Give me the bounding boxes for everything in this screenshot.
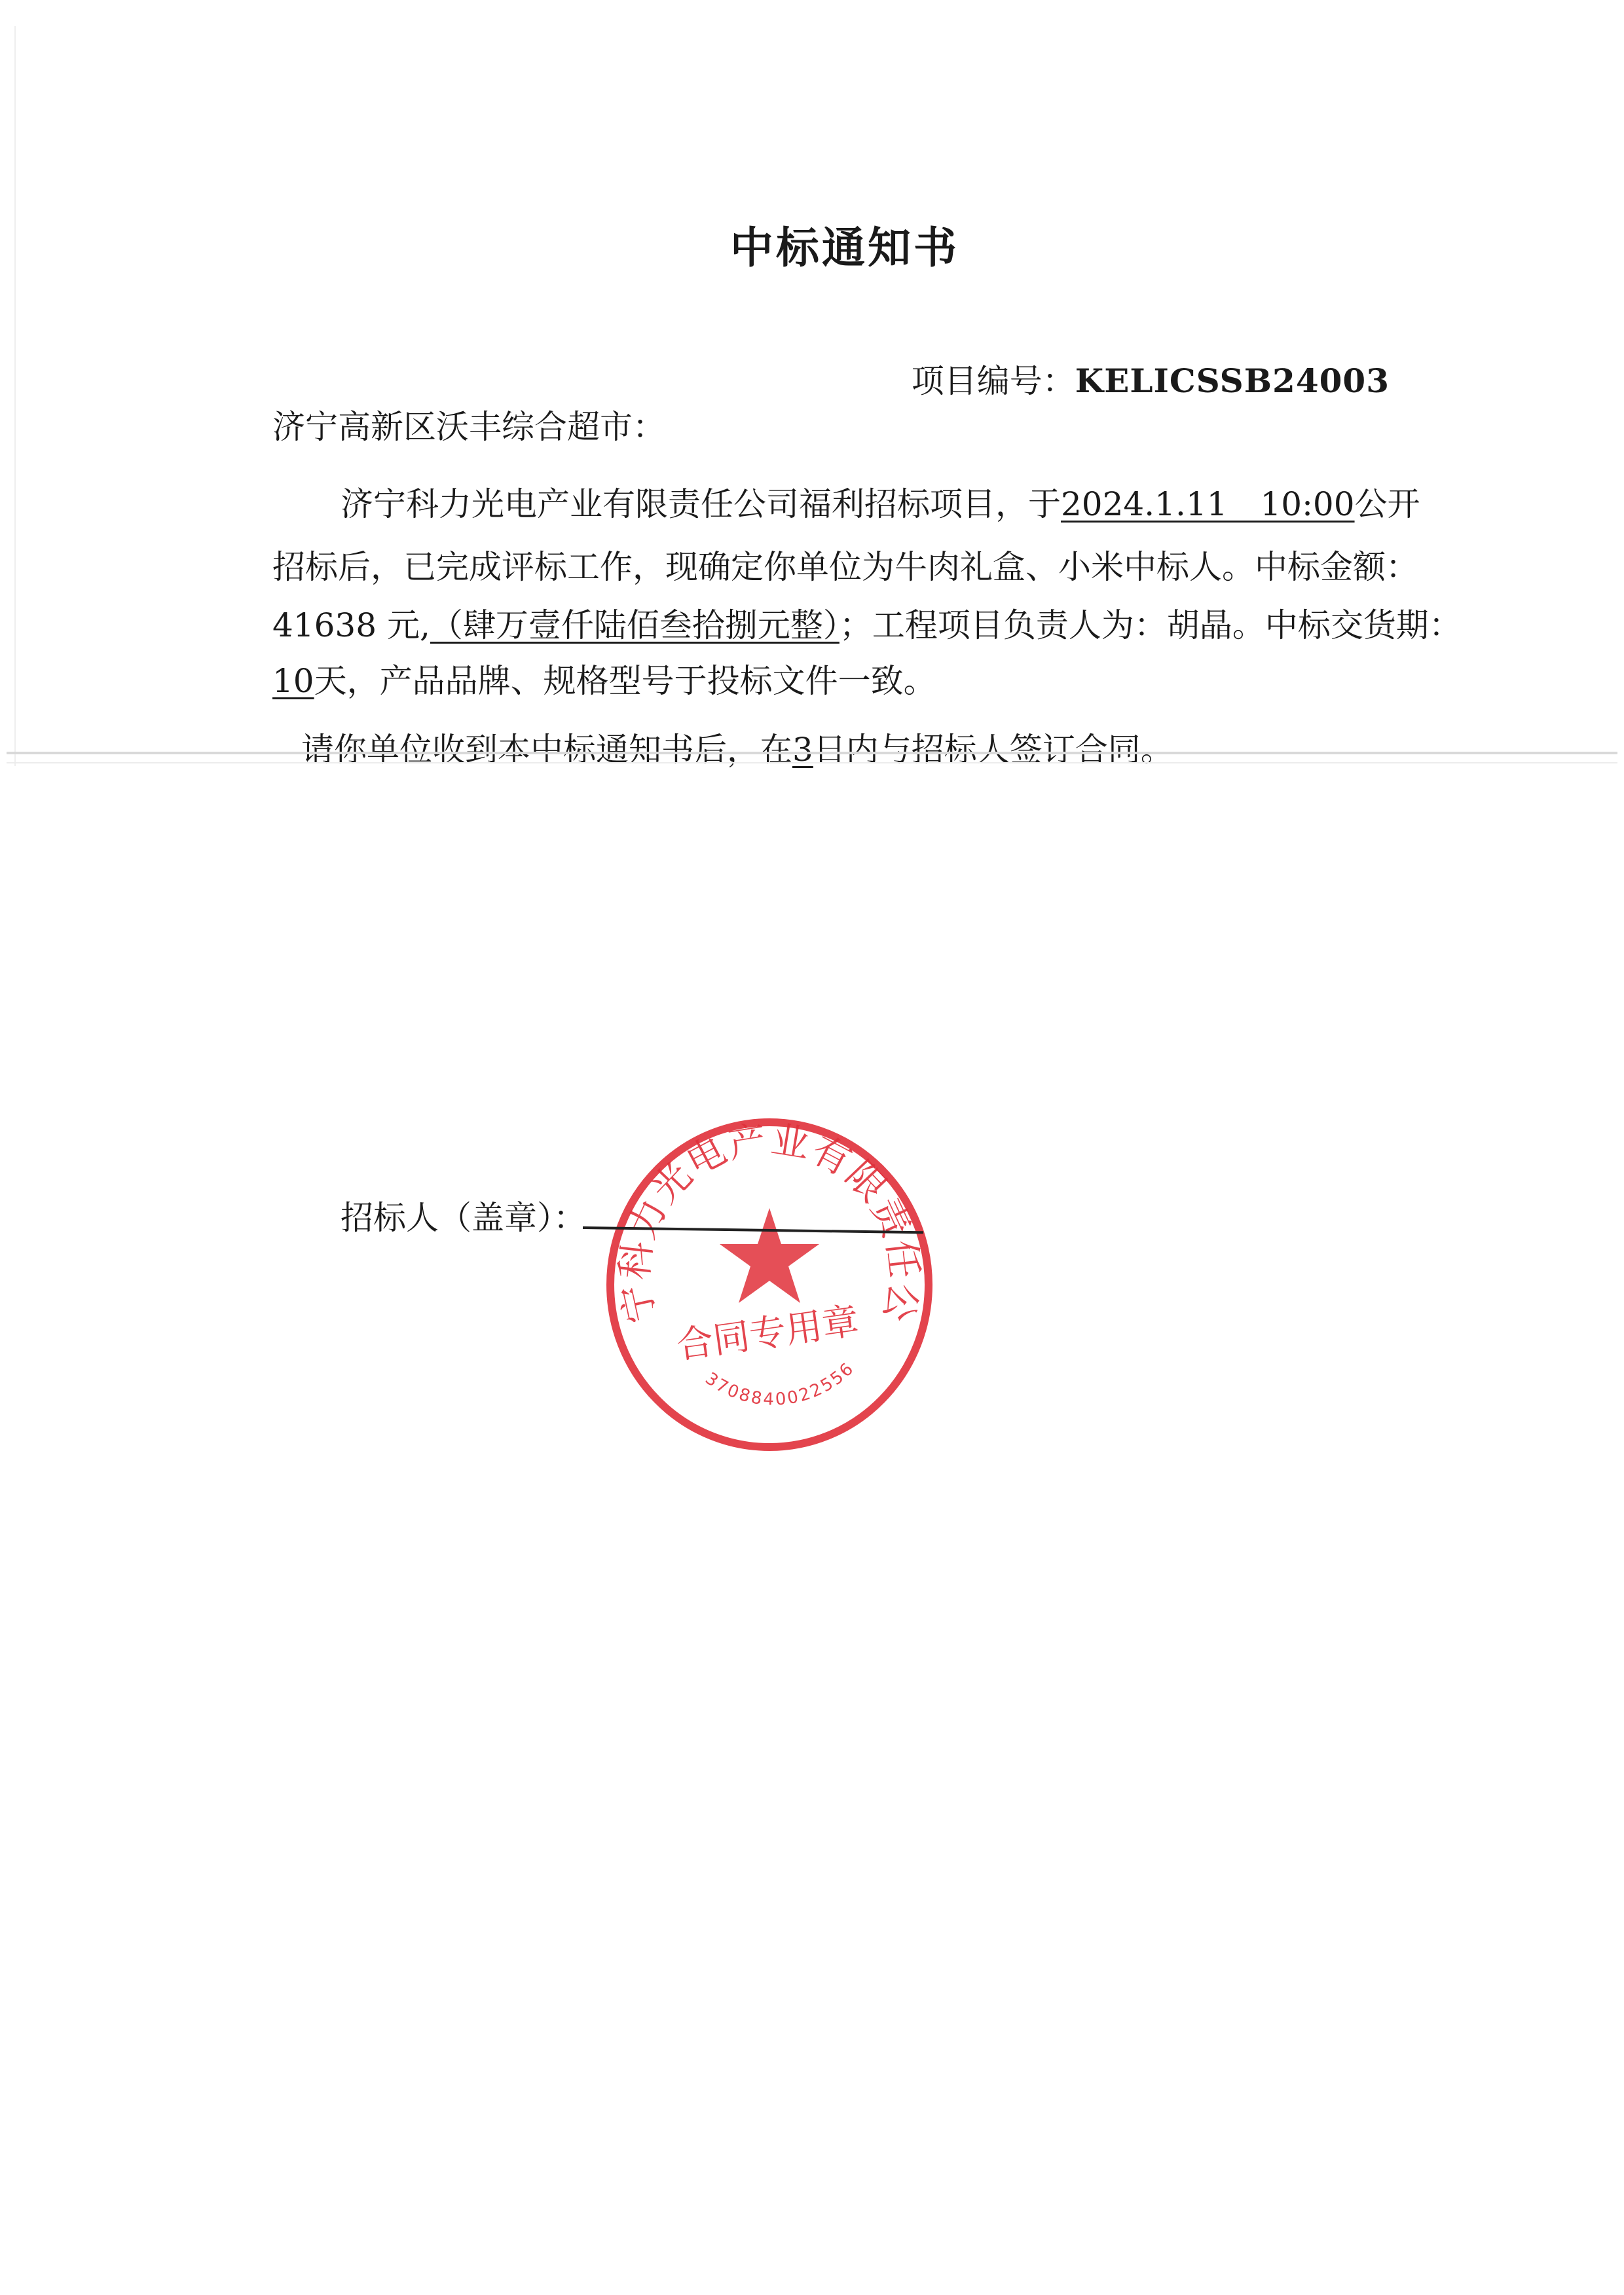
svg-text:济宁科力光电产业有限责任公司: 济宁科力光电产业有限责任公司: [599, 1113, 927, 1327]
seal-company-text: 济宁科力光电产业有限责任公司: [599, 1113, 927, 1327]
svg-text:合同专用章: 合同专用章: [674, 1300, 861, 1367]
addressee: 济宁高新区沃丰综合超市：: [272, 401, 665, 448]
amount-unit: 元,: [387, 606, 430, 644]
paragraph2: 请你单位收到本中标通知书后，在3日内与招标人签订合同。: [301, 724, 1173, 771]
delivery-days: 10: [272, 662, 314, 700]
text: ；工程项目负责人为：胡晶。中标交货期：: [840, 606, 1462, 644]
text: 天，产品品牌、规格型号于投标文件一致。: [314, 662, 936, 700]
star-icon: [720, 1208, 819, 1303]
svg-text:3708840022556: 3708840022556: [701, 1358, 858, 1410]
bid-amount: 41638: [272, 606, 377, 644]
bid-amount-upper: （肆万壹仟陆佰叁拾捌元整）: [430, 606, 840, 644]
paragraph1-line1: 济宁科力光电产业有限责任公司福利招标项目，于2024.1.11 10:00公开: [341, 478, 1420, 525]
scan-artifact-line: [7, 762, 1617, 763]
text: 济宁科力光电产业有限责任公司福利招标项目，于: [341, 485, 1061, 523]
scan-artifact-line: [7, 752, 1617, 754]
document-title: 中标通知书: [0, 213, 1624, 275]
project-number: 项目编号：KELICSSB24003: [912, 355, 1390, 402]
paragraph1-line3: 41638 元,（肆万壹仟陆佰叁拾捌元整）；工程项目负责人为：胡晶。中标交货期：: [272, 599, 1462, 646]
project-number-label: 项目编号：: [912, 362, 1075, 400]
scan-edge: [14, 26, 16, 766]
paragraph1-line4: 10天，产品品牌、规格型号于投标文件一致。: [272, 655, 936, 702]
signer-label: 招标人（盖章）：: [341, 1192, 586, 1239]
text: 公开: [1355, 485, 1420, 523]
project-number-value: KELICSSB24003: [1075, 361, 1390, 400]
company-seal: 济宁科力光电产业有限责任公司 合同专用章 3708840022556: [599, 1113, 940, 1454]
open-datetime: 2024.1.11 10:00: [1061, 485, 1355, 523]
paragraph1-line2: 招标后，已完成评标工作，现确定你单位为牛肉礼盒、小米中标人。中标金额：: [272, 541, 1418, 588]
